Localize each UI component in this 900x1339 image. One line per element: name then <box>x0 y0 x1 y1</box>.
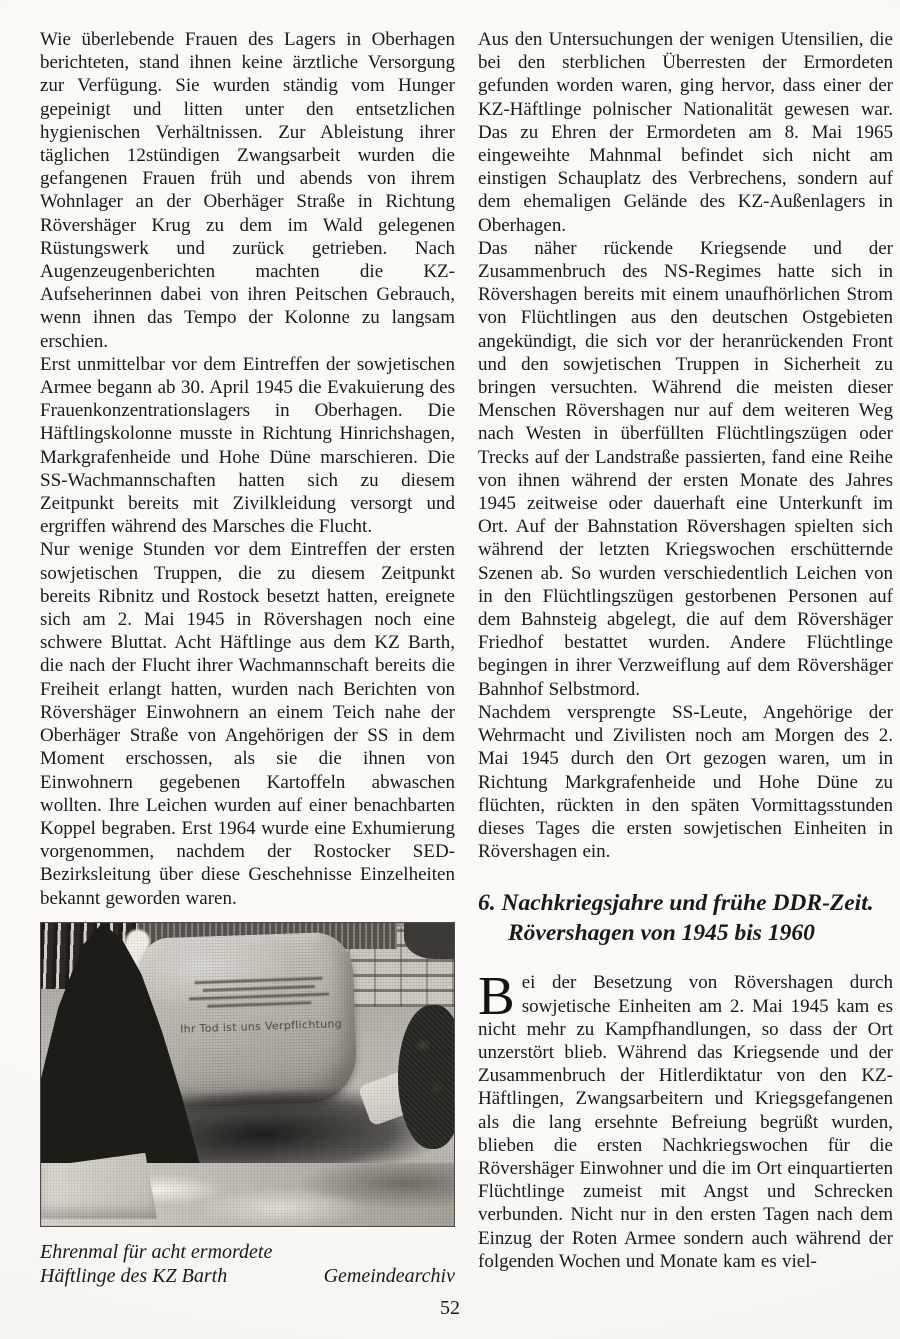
photo-caption: Ehrenmal für acht ermordete Häftlinge de… <box>40 1240 455 1289</box>
paragraph: Erst unmittelbar vor dem Eintreffen der … <box>40 353 455 539</box>
photo-caption-credit: Gemeindearchiv <box>324 1264 455 1289</box>
paragraph: Nur wenige Stunden vor dem Eintreffen de… <box>40 538 455 909</box>
memorial-photo-figure: Ihr Tod ist uns Verpflichtung Ehrenmal f… <box>40 922 455 1289</box>
two-column-layout: Wie überlebende Frauen des Lagers in Obe… <box>40 28 893 1289</box>
right-column: Aus den Untersuchungen der wenigen Utens… <box>478 28 893 1273</box>
page-number: 52 <box>0 1297 900 1320</box>
section-heading-line2: Rövershagen von 1945 bis 1960 <box>478 918 893 948</box>
photo-grain-overlay <box>41 923 454 1226</box>
paragraph: Nachdem versprengte SS-Leute, Angehörige… <box>478 701 893 863</box>
paragraph: Wie überlebende Frauen des Lagers in Obe… <box>40 28 455 353</box>
left-column: Wie überlebende Frauen des Lagers in Obe… <box>40 28 455 1289</box>
memorial-photo: Ihr Tod ist uns Verpflichtung <box>40 922 455 1227</box>
paragraph: Das näher rückende Kriegsende und der Zu… <box>478 237 893 701</box>
paragraph-dropcap: Bei der Besetzung von Rövershagen durch … <box>478 971 893 1273</box>
section-heading: 6. Nachkriegsjahre und frühe DDR-Zeit. R… <box>478 888 893 948</box>
photo-caption-line2: Häftlinge des KZ Barth <box>40 1264 227 1289</box>
photo-caption-line1: Ehrenmal für acht ermordete <box>40 1241 272 1263</box>
section-heading-line1: 6. Nachkriegsjahre und frühe DDR-Zeit. <box>478 890 874 916</box>
paragraph: Aus den Untersuchungen der wenigen Utens… <box>478 28 893 237</box>
scanned-book-page: Wie überlebende Frauen des Lagers in Obe… <box>0 0 900 1339</box>
